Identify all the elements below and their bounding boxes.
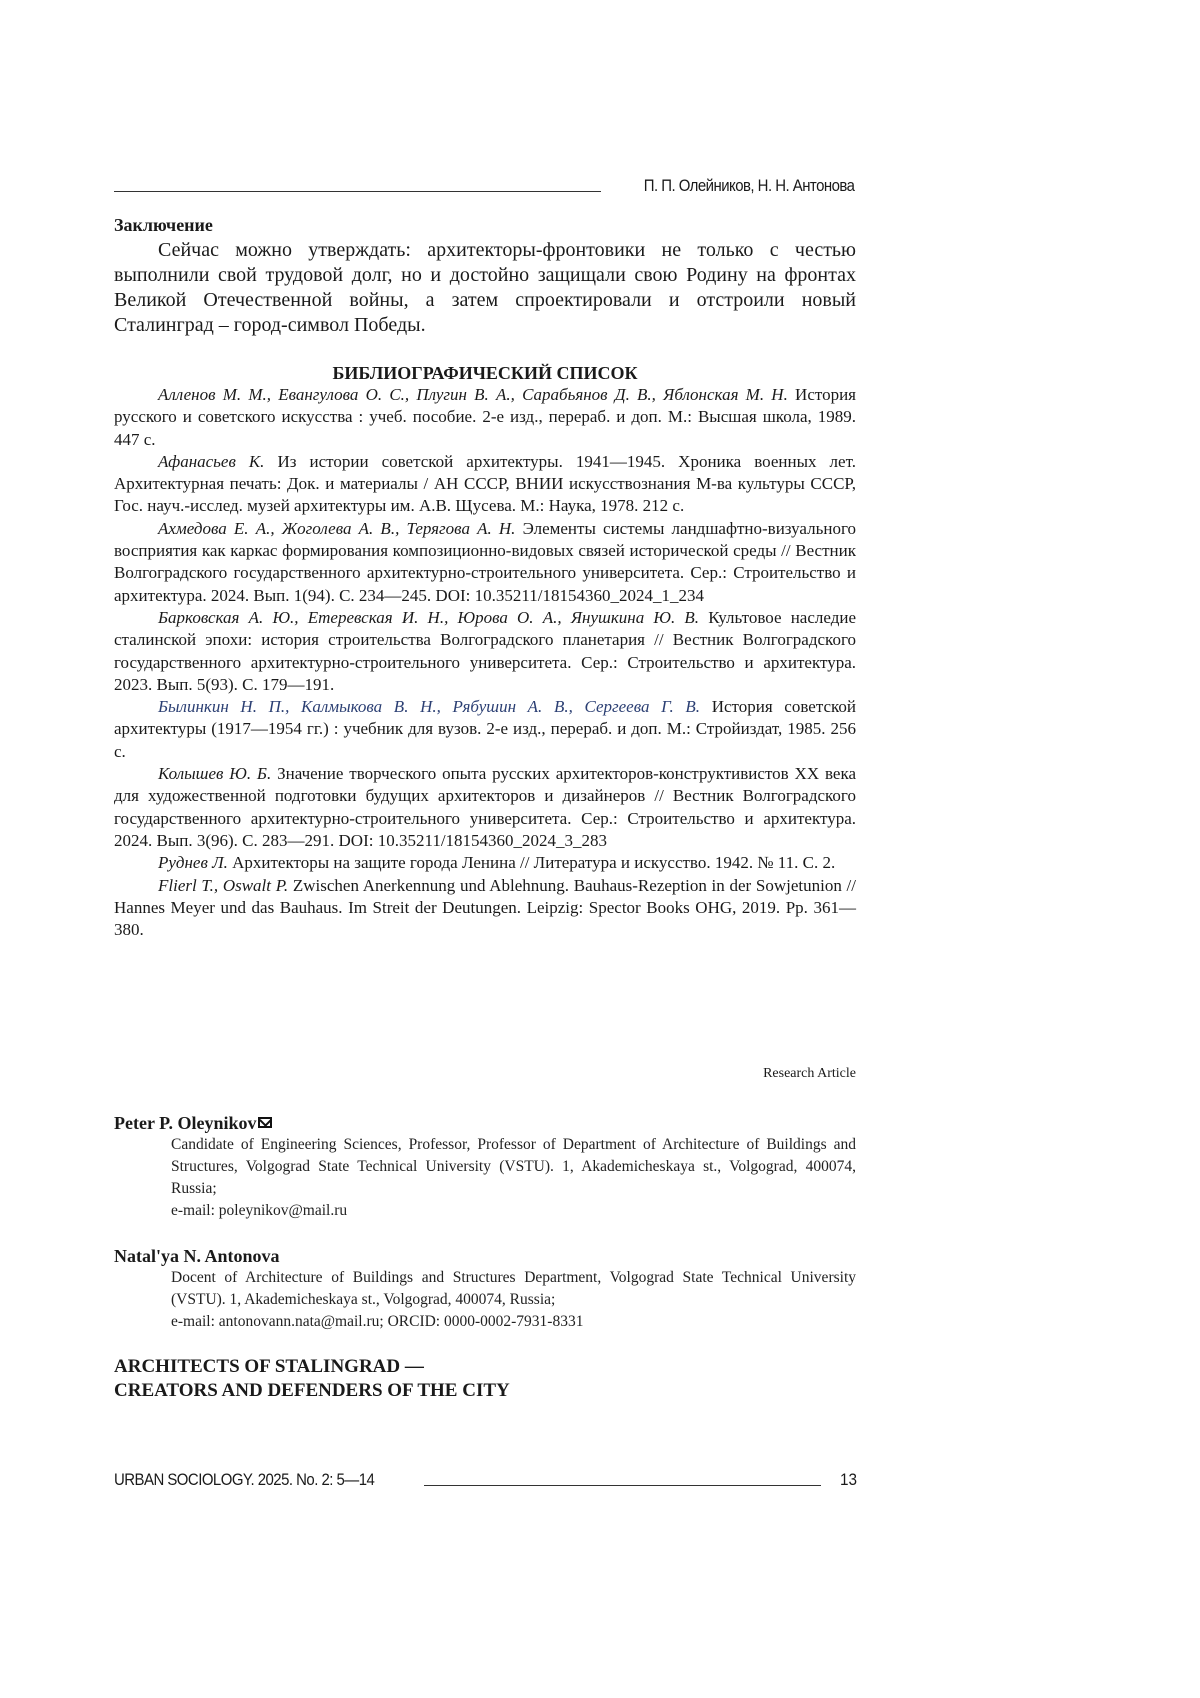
envelope-icon[interactable] bbox=[258, 1117, 272, 1128]
article-type-label: Research Article bbox=[763, 1066, 856, 1082]
header-rule bbox=[114, 191, 601, 192]
bibliography-item: Былинкин Н. П., Калмыкова В. Н., Рябушин… bbox=[114, 696, 856, 763]
bibliography-authors: Афанасьев К. bbox=[158, 452, 264, 471]
author-contact: e-mail: antonovann.nata@mail.ru; ORCID: … bbox=[171, 1311, 856, 1333]
bibliography-item: Руднев Л. Архитекторы на защите города Л… bbox=[114, 852, 856, 874]
footer-rule bbox=[424, 1485, 821, 1486]
author-name: Peter P. Oleynikov bbox=[114, 1112, 856, 1134]
bibliography-text: Архитекторы на защите города Ленина // Л… bbox=[228, 853, 835, 872]
bibliography-item: Барковская А. Ю., Етеревская И. Н., Юров… bbox=[114, 607, 856, 696]
author-affiliation: Docent of Architecture of Buildings and … bbox=[171, 1267, 856, 1311]
author-affiliation: Candidate of Engineering Sciences, Profe… bbox=[171, 1134, 856, 1200]
running-header: П. П. Олейников, Н. Н. Антонова bbox=[114, 172, 854, 196]
running-header-authors: П. П. Олейников, Н. Н. Антонова bbox=[643, 176, 854, 196]
english-title-line-1: ARCHITECTS OF STALINGRAD — bbox=[114, 1355, 510, 1379]
bibliography-authors: Колышев Ю. Б. bbox=[158, 764, 271, 783]
bibliography-item: Алленов М. М., Евангулова О. С., Плугин … bbox=[114, 384, 856, 451]
running-footer: URBAN SOCIOLOGY. 2025. No. 2: 5—14 13 bbox=[114, 1466, 858, 1490]
author-name: Natal'ya N. Antonova bbox=[114, 1245, 856, 1267]
document-page: П. П. Олейников, Н. Н. Антонова Заключен… bbox=[0, 0, 1200, 1698]
bibliography-authors: Руднев Л. bbox=[158, 853, 228, 872]
bibliography-authors: Ахмедова Е. А., Жоголева А. В., Терягова… bbox=[158, 519, 515, 538]
bibliography-item: Афанасьев К. Из истории советской архите… bbox=[114, 451, 856, 518]
bibliography-item: Ахмедова Е. А., Жоголева А. В., Терягова… bbox=[114, 518, 856, 607]
page-number: 13 bbox=[840, 1470, 857, 1490]
author-name-text: Peter P. Oleynikov bbox=[114, 1113, 257, 1133]
english-article-title: ARCHITECTS OF STALINGRAD — CREATORS AND … bbox=[114, 1355, 510, 1403]
bibliography-item: Колышев Ю. Б. Значение творческого опыта… bbox=[114, 763, 856, 852]
journal-citation: URBAN SOCIOLOGY. 2025. No. 2: 5—14 bbox=[114, 1470, 387, 1490]
author-contact: e-mail: poleynikov@mail.ru bbox=[171, 1200, 856, 1222]
author-block-oleynikov: Peter P. Oleynikov Candidate of Engineer… bbox=[114, 1112, 856, 1222]
bibliography-list: Алленов М. М., Евангулова О. С., Плугин … bbox=[114, 384, 856, 941]
bibliography-title: БИБЛИОГРАФИЧЕСКИЙ СПИСОК bbox=[114, 362, 856, 384]
english-title-line-2: CREATORS AND DEFENDERS OF THE CITY bbox=[114, 1379, 510, 1403]
author-block-antonova: Natal'ya N. Antonova Docent of Architect… bbox=[114, 1245, 856, 1333]
conclusion-paragraph: Сейчас можно утверждать: архитекторы-фро… bbox=[114, 238, 856, 338]
bibliography-authors-highlighted: Былинкин Н. П., Калмыкова В. Н., Рябушин… bbox=[158, 697, 700, 716]
bibliography-authors: Flierl T., Oswalt P. bbox=[158, 876, 288, 895]
bibliography-item: Flierl T., Oswalt P. Zwischen Anerkennun… bbox=[114, 875, 856, 942]
bibliography-authors: Барковская А. Ю., Етеревская И. Н., Юров… bbox=[158, 608, 699, 627]
bibliography-authors: Алленов М. М., Евангулова О. С., Плугин … bbox=[158, 385, 788, 404]
conclusion-heading: Заключение bbox=[114, 213, 856, 237]
